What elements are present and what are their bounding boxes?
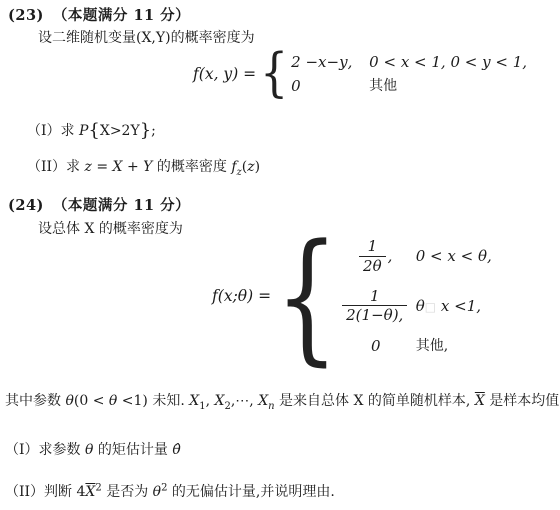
problem-24-part-1: （I）求参数 θ 的矩估计量 θ̂: [5, 441, 181, 460]
fraction-numerator: 1: [359, 237, 386, 256]
problem-23-title: （本题满分 11 分）: [53, 7, 190, 24]
problem-24-parameter-note: 其中参数 θ(0 < θ <1) 未知. X1, X2,⋯, Xn 是来自总体 …: [5, 392, 560, 411]
problem-24-number: (24): [8, 197, 44, 214]
problem-24-header: (24)（本题满分 11 分）: [8, 196, 190, 216]
formula-23-row-2: 0 其他: [289, 76, 527, 96]
formula-24-row-2-condition: θ□ x <1,: [412, 296, 481, 316]
problem-23-header: (23)（本题满分 11 分）: [8, 6, 190, 26]
formula-24-row-1: 1 2θ , 0 < x < θ,: [340, 237, 492, 276]
formula-23-row-2-condition: 其他: [365, 77, 397, 96]
formula-23-row-1: 2 − x − y, 0 < x < 1, 0 < y < 1,: [289, 52, 527, 72]
formula-23-row-1-value: 2 − x − y,: [289, 52, 365, 72]
formula-23-row-2-value: 0: [289, 76, 365, 96]
problem-24-title: （本题满分 11 分）: [53, 197, 190, 214]
exam-page: (23)（本题满分 11 分） 设二维随机变量(X,Y)的概率密度为 f(x, …: [0, 0, 560, 510]
problem-24-part-2: （II）判断 4X2 是否为 θ2 的无偏估计量,并说明理由.: [5, 483, 335, 502]
formula-24-lhs: f(x;θ) =: [212, 286, 271, 307]
formula-24: f(x;θ) = { 1 2θ , 0 < x < θ, 1 2(1−θ),: [212, 237, 492, 356]
fraction-comma: ,: [388, 246, 393, 266]
formula-23-lhs: f(x, y) =: [193, 64, 256, 85]
formula-24-cases: 1 2θ , 0 < x < θ, 1 2(1−θ), θ□ x <1,: [340, 237, 492, 356]
problem-24-intro: 设总体 X 的概率密度为: [38, 220, 183, 239]
left-brace-icon: {: [260, 48, 288, 100]
fraction: 1 2(1−θ),: [342, 287, 407, 326]
fraction-denominator: 2θ: [359, 256, 386, 276]
fraction-denominator: 2(1−θ),: [342, 305, 407, 325]
formula-23-cases: 2 − x − y, 0 < x < 1, 0 < y < 1, 0 其他: [289, 52, 527, 97]
formula-24-row-1-condition: 0 < x < θ,: [412, 246, 492, 266]
problem-23-part-1: （I）求 P{X>2Y};: [27, 119, 156, 143]
formula-24-row-3: 0 其他,: [340, 336, 492, 356]
left-brace-icon: {: [275, 226, 339, 368]
formula-24-row-3-value: 0: [340, 336, 412, 356]
fraction: 1 2θ: [359, 237, 386, 276]
formula-23: f(x, y) = { 2 − x − y, 0 < x < 1, 0 < y …: [193, 52, 527, 97]
problem-23-part-2: （II）求 z = X + Y 的概率密度 fz(z): [27, 158, 260, 177]
formula-24-row-2: 1 2(1−θ), θ□ x <1,: [340, 287, 492, 326]
fraction-numerator: 1: [342, 287, 407, 306]
problem-23-number: (23): [8, 7, 44, 24]
formula-24-row-2-value: 1 2(1−θ),: [340, 287, 412, 326]
formula-24-row-1-value: 1 2θ ,: [340, 237, 412, 276]
formula-23-row-1-condition: 0 < x < 1, 0 < y < 1,: [365, 52, 527, 72]
problem-23-intro: 设二维随机变量(X,Y)的概率密度为: [38, 29, 255, 48]
formula-24-row-3-condition: 其他,: [412, 337, 448, 356]
